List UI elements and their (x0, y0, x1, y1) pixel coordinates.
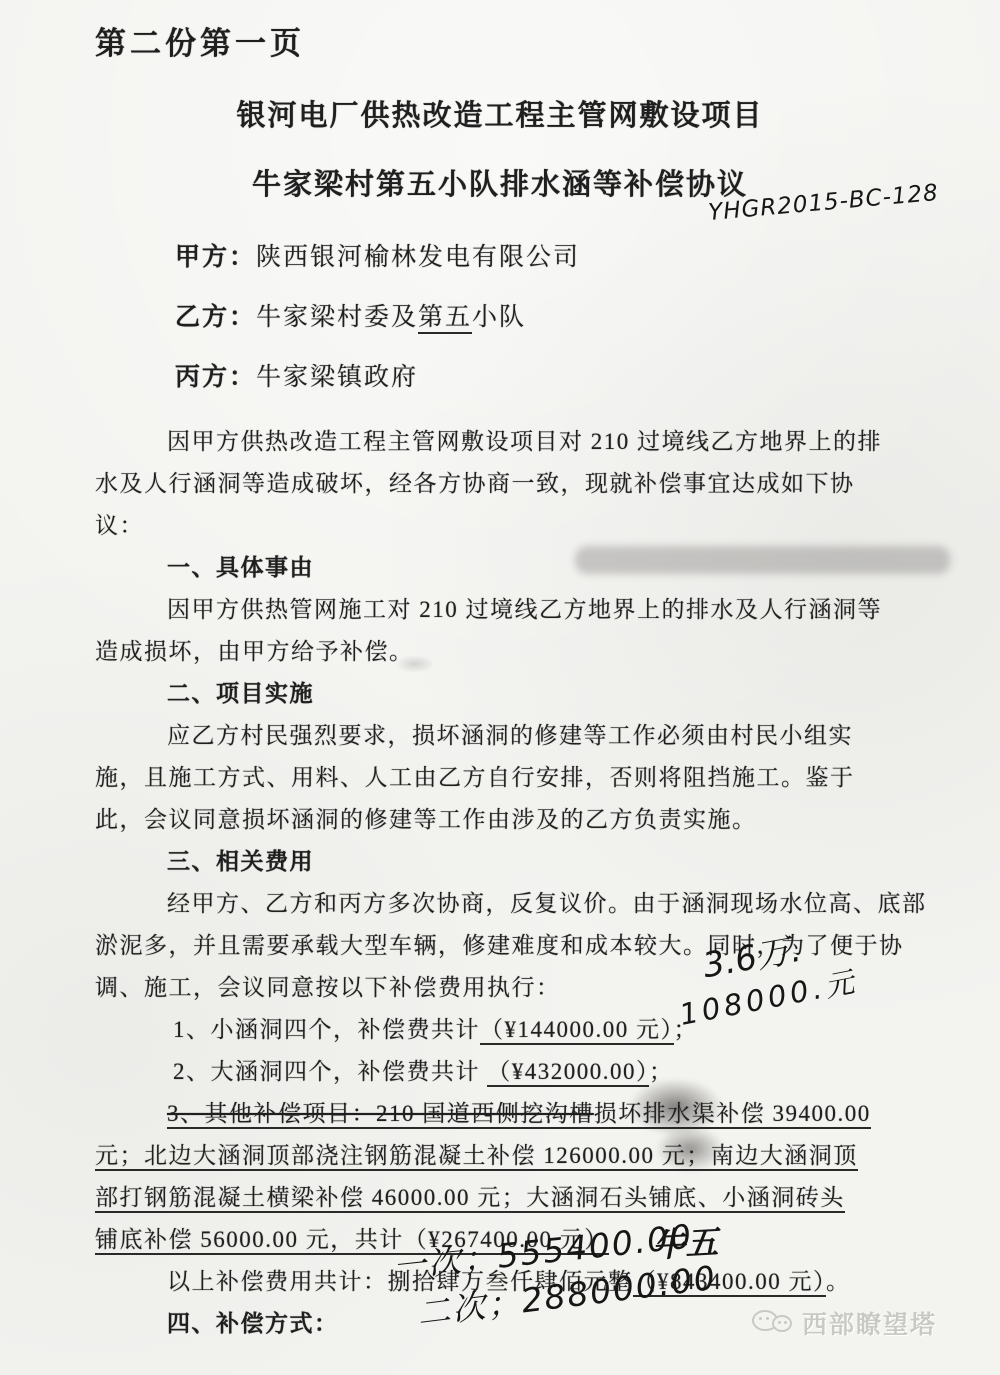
party-b-line: 乙方：牛家梁村委及第五小队 (175, 301, 1000, 335)
item-1-text: 1、小涵洞四个，补偿费共计 (173, 1017, 480, 1042)
scanned-document-page: 第二份第一页 银河电厂供热改造工程主管网敷设项目 牛家梁村第五小队排水涵等补偿协… (0, 0, 1000, 1375)
section-1-line-2: 造成损坏，由甲方给予补偿。 (95, 631, 960, 673)
section-3-line-1: 经甲方、乙方和丙方多次协商，反复议价。由于涵洞现场水位高、底部 (95, 883, 960, 925)
intro-line-1: 因甲方供热改造工程主管网敷设项目对 210 过境线乙方地界上的排 (95, 421, 960, 463)
section-1-heading: 一、具体事由 (95, 547, 960, 589)
item-3-line-3-text: 部打钢筋混凝土横梁补偿 46000.00 元；大涵洞石头铺底、小涵洞砖头 (95, 1185, 845, 1213)
intro-line-2: 水及人行涵洞等造成破坏，经各方协商一致，现就补偿事宜达成如下协 (95, 463, 960, 505)
item-3-struck-text: 3、其他补偿项目：210 国道西侧挖沟槽 (167, 1101, 594, 1129)
item-1-amount: （¥144000.00 元） (480, 1017, 674, 1045)
item-2-amount: （¥432000.00） (487, 1059, 649, 1087)
intro-line-3: 议： (95, 505, 960, 547)
section-2-line-1: 应乙方村民强烈要求，损坏涵洞的修建等工作必须由村民小组实 (95, 715, 960, 757)
section-3-heading: 三、相关费用 (95, 841, 960, 883)
compensation-item-1: 1、小涵洞四个，补偿费共计（¥144000.00 元）； (95, 1009, 960, 1051)
parties-block: 甲方：陕西银河榆林发电有限公司 乙方：牛家梁村委及第五小队 丙方：牛家梁镇政府 (175, 241, 1000, 395)
party-c-label: 丙方： (175, 364, 256, 391)
item-3-line-2-text: 元；北边大涵洞顶部浇注钢筋混凝土补偿 126000.00 元；南边大涵洞顶 (95, 1143, 858, 1171)
watermark-text: 西部瞭望塔 (802, 1305, 937, 1341)
total-punct: 。 (826, 1269, 851, 1294)
chat-bubbles-icon (752, 1308, 796, 1338)
item-3-rest-text: 损坏排水渠补偿 39400.00 (594, 1101, 871, 1129)
party-b-name-prefix: 牛家梁村委及 (256, 304, 418, 331)
item-2-text: 2、大涵洞四个，补偿费共计 (173, 1059, 487, 1084)
party-a-label: 甲方： (175, 244, 256, 271)
section-2-line-3: 此，会议同意损坏涵洞的修建等工作由涉及的乙方负责实施。 (95, 799, 960, 841)
party-b-team-number: 第五 (418, 304, 472, 334)
compensation-item-2: 2、大涵洞四个，补偿费共计 （¥432000.00）； (95, 1051, 960, 1093)
party-b-label: 乙方： (175, 304, 256, 331)
section-2-heading: 二、项目实施 (95, 673, 960, 715)
page-corner-label: 第二份第一页 (95, 0, 1000, 63)
section-2-line-2: 施，且施工方式、用料、人工由乙方自行安排，否则将阻挡施工。鉴于 (95, 757, 960, 799)
document-body: 因甲方供热改造工程主管网敷设项目对 210 过境线乙方地界上的排 水及人行涵洞等… (0, 421, 1000, 1345)
party-c-line: 丙方：牛家梁镇政府 (175, 361, 1000, 395)
document-title-line1: 银河电厂供热改造工程主管网敷设项目 (0, 93, 1000, 134)
compensation-item-3-line-1: 3、其他补偿项目：210 国道西侧挖沟槽损坏排水渠补偿 39400.00 (95, 1093, 960, 1135)
watermark: 西部瞭望塔 (752, 1305, 937, 1341)
compensation-item-3-line-2: 元；北边大涵洞顶部浇注钢筋混凝土补偿 126000.00 元；南边大涵洞顶 (95, 1135, 960, 1177)
party-a-name: 陕西银河榆林发电有限公司 (256, 244, 580, 271)
item-2-punct: ； (649, 1059, 674, 1084)
section-1-line-1: 因甲方供热管网施工对 210 过境线乙方地界上的排水及人行涵洞等 (95, 589, 960, 631)
compensation-item-3-line-3: 部打钢筋混凝土横梁补偿 46000.00 元；大涵洞石头铺底、小涵洞砖头 (95, 1177, 960, 1219)
party-a-line: 甲方：陕西银河榆林发电有限公司 (175, 241, 1000, 275)
party-b-name-suffix: 小队 (472, 304, 526, 331)
party-c-name: 牛家梁镇政府 (256, 364, 418, 391)
section-3-line-2: 淤泥多，并且需要承载大型车辆，修建难度和成本较大。同时，为了便于协 (95, 925, 960, 967)
